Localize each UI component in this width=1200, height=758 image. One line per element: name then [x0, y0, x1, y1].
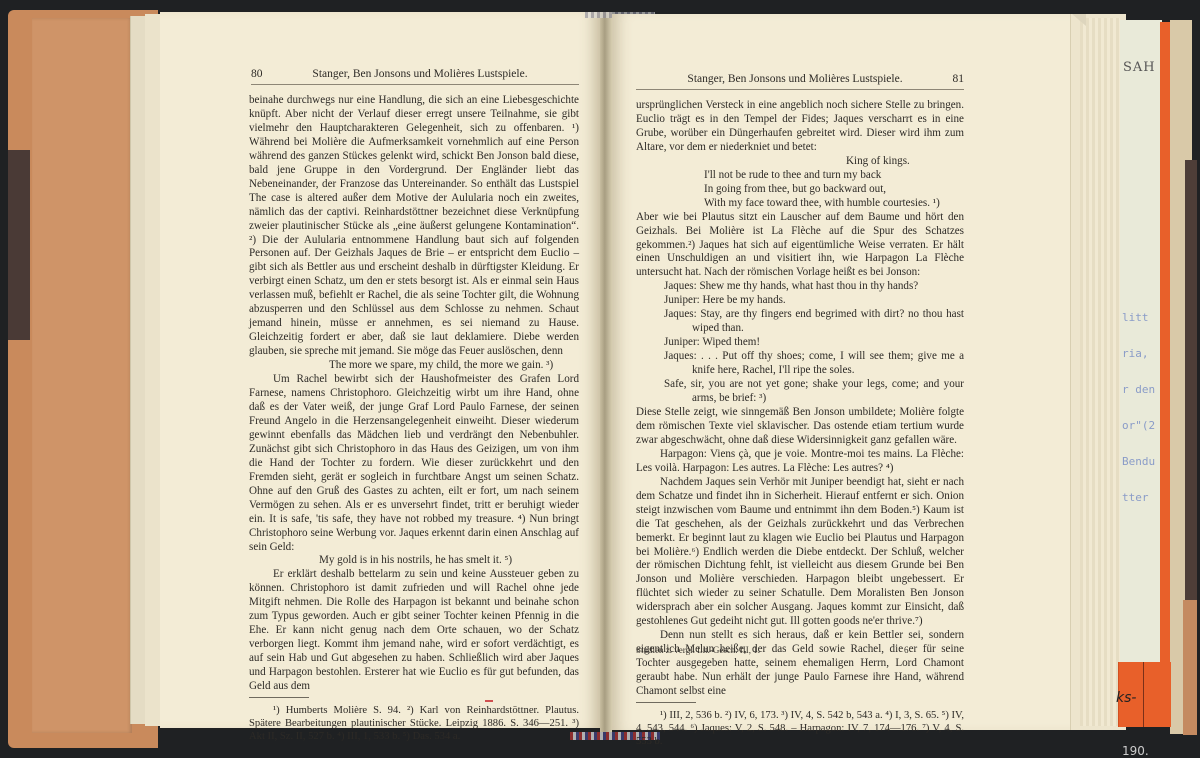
verse-line: In going from thee, but go backward out,	[636, 183, 964, 197]
header-rule	[636, 89, 964, 90]
verse-line: With my face toward thee, with humble co…	[636, 197, 964, 211]
paragraph: Um Rachel bewirbt sich der Haushofmeiste…	[249, 373, 579, 554]
cover-endpaper	[32, 18, 132, 733]
speech: . . . Put off thy shoes; come, I will se…	[692, 350, 964, 376]
left-body-text: beinahe durchwegs nur eine Handlung, die…	[249, 94, 579, 743]
footnotes: ¹) III, 2, 536 b. ²) IV, 6, 173. ³) IV, …	[636, 709, 964, 748]
paragraph: Aber wie bei Plautus sitzt ein Lauscher …	[636, 211, 964, 281]
handwritten-label: ks-	[1116, 690, 1136, 706]
paragraph: Nachdem Jaques sein Verhör mit Juniper b…	[636, 476, 964, 629]
footnote-rule	[249, 697, 309, 698]
dialogue-line: Jaques: Stay, are thy fingers end begrim…	[636, 308, 964, 336]
orange-bookmark	[1160, 22, 1170, 722]
page-stack-right-edges	[1080, 18, 1120, 726]
speech: Stay, are thy fingers end begrimed with …	[692, 308, 964, 334]
speaker: Juniper:	[664, 336, 700, 348]
typed-line: r den	[1122, 372, 1155, 408]
page-number: 80	[251, 68, 301, 80]
speaker: Jaques:	[664, 308, 697, 320]
typed-line: or"(2	[1122, 408, 1155, 444]
running-head-title: Stanger, Ben Jonsons und Molières Lustsp…	[636, 73, 934, 85]
label-divider	[1143, 662, 1144, 727]
speech: Here be my hands.	[703, 294, 786, 306]
speaker: Juniper:	[664, 294, 700, 306]
right-running-head: Stanger, Ben Jonsons und Molières Lustsp…	[636, 73, 964, 90]
dialogue-line: Juniper: Wiped them!	[636, 336, 964, 350]
dialogue-line: Jaques: . . . Put off thy shoes; come, I…	[636, 350, 964, 378]
dialogue-line: Juniper: Here be my hands.	[636, 294, 964, 308]
speech: Shew me thy hands, what hast thou in thy…	[699, 280, 918, 292]
verse-title: King of kings.	[636, 155, 964, 169]
footnotes: ¹) Humberts Molière S. 94. ²) Karl von R…	[249, 704, 579, 743]
typed-line: ria,	[1122, 336, 1155, 372]
typed-line: litt	[1122, 300, 1155, 336]
dialogue-line: Jaques: Shew me thy hands, what hast tho…	[636, 280, 964, 294]
footnote-rule	[636, 702, 696, 703]
signature-line: Studien z. vergl. Lit.-Gesch. III, 1. 6	[636, 645, 964, 655]
dialogue-line: Safe, sir, you are not yet gone; shake y…	[636, 378, 964, 406]
cover-spine-strip	[8, 150, 30, 340]
red-mark	[485, 700, 493, 702]
speech: Wiped them!	[702, 336, 760, 348]
verse-quote: The more we spare, my child, the more we…	[249, 359, 579, 373]
paragraph: ursprünglichen Versteck in eine angeblic…	[636, 99, 964, 155]
verse-line: I'll not be rude to thee and turn my bac…	[636, 169, 964, 183]
left-running-head: 80 Stanger, Ben Jonsons und Molières Lus…	[251, 68, 579, 85]
handwritten-number: 190.	[1122, 744, 1149, 758]
typed-line: tter	[1122, 480, 1155, 516]
paragraph: Denn nun stellt es sich heraus, daß er k…	[636, 629, 964, 699]
paragraph: Er erklärt deshalb bettelarm zu sein und…	[249, 568, 579, 694]
speaker: Jaques:	[664, 280, 697, 292]
book-gutter	[600, 12, 612, 732]
typed-line: Bendu	[1122, 444, 1155, 480]
running-head-title: Stanger, Ben Jonsons und Molières Lustsp…	[301, 68, 579, 80]
header-rule	[251, 84, 579, 85]
cover-right-corner	[1183, 600, 1197, 735]
signature-text: Studien z. vergl. Lit.-Gesch. III, 1.	[636, 645, 904, 655]
verse-quote: My gold is in his nostrils, he has smelt…	[249, 554, 579, 568]
cover-right-dark-strip	[1185, 160, 1197, 600]
typed-fragments: litt ria, r den or"(2 Bendu tter	[1122, 300, 1155, 516]
inserted-card-text: SAH	[1123, 60, 1156, 75]
signature-number: 6	[904, 645, 964, 655]
speaker: Jaques:	[664, 350, 697, 362]
paragraph: beinahe durchwegs nur eine Handlung, die…	[249, 94, 579, 359]
page-number: 81	[934, 73, 964, 85]
paragraph: Diese Stelle zeigt, wie sinngemäß Ben Jo…	[636, 406, 964, 448]
paragraph: Harpagon: Viens çà, que je voie. Montre-…	[636, 448, 964, 476]
